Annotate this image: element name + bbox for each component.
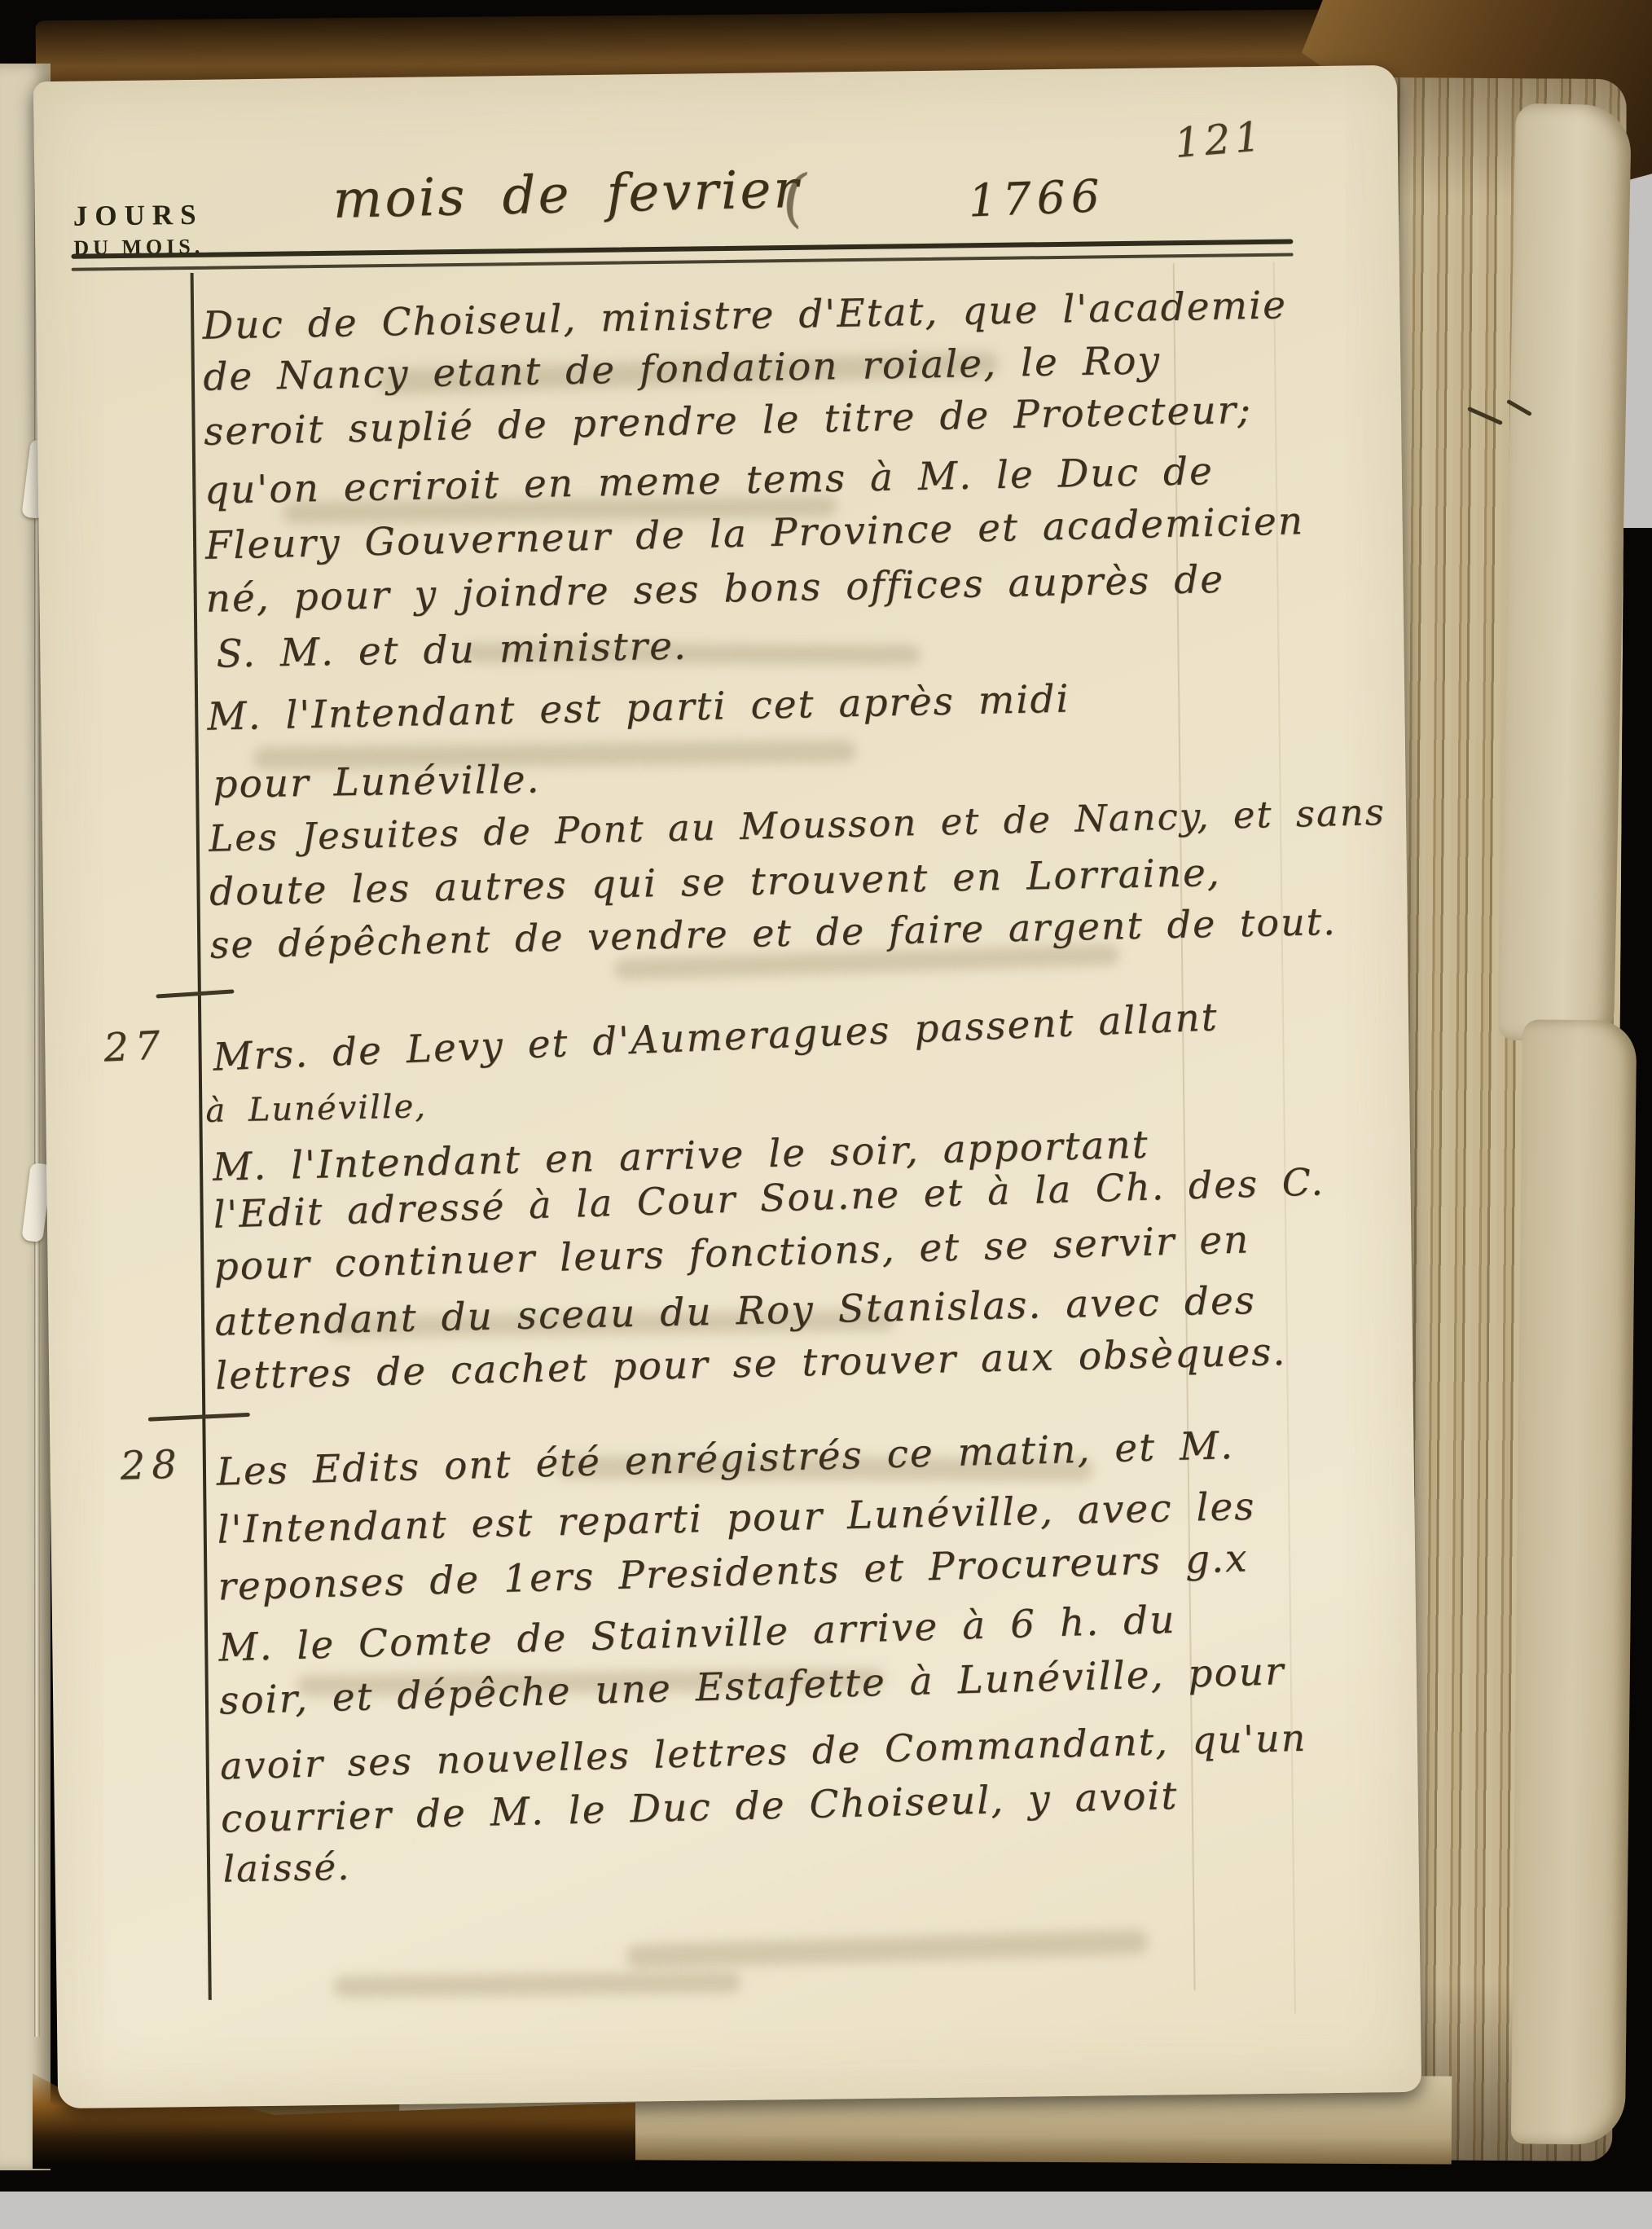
ink-bleedthrough bbox=[626, 1929, 1149, 1969]
manuscript-line: S. M. et du ministre. bbox=[216, 624, 688, 677]
manuscript-line: de Nancy etant de fondation roiale, le R… bbox=[203, 338, 1162, 400]
month-title: mois de fevrier bbox=[332, 160, 802, 231]
manuscript-line: Mrs. de Levy et d'Aumeragues passent all… bbox=[212, 995, 1219, 1080]
day-number-28: 28 bbox=[120, 1442, 184, 1489]
year: 1766 bbox=[968, 169, 1106, 226]
manuscript-line: seroit suplié de prendre le titre de Pro… bbox=[204, 388, 1253, 455]
curled-page-edge-lower bbox=[1511, 1019, 1637, 2144]
ink-bleedthrough bbox=[333, 1972, 740, 1998]
manuscript-page: JOURS DU MOIS. mois de fevrier ( 1766 12… bbox=[33, 65, 1421, 2108]
printed-header-jours: JOURS bbox=[73, 199, 204, 233]
scanned-book-photo: JOURS DU MOIS. mois de fevrier ( 1766 12… bbox=[0, 0, 1652, 2229]
manuscript-line: né, pour y joindre ses bons offices aupr… bbox=[205, 557, 1224, 622]
page-number: 121 bbox=[1173, 112, 1267, 167]
curled-page-edge-upper bbox=[1498, 103, 1632, 1043]
manuscript-line: Les Edits ont été enrégistrés ce matin, … bbox=[216, 1423, 1235, 1495]
manuscript-line: pour Lunéville. bbox=[213, 757, 541, 807]
day-separator-dash bbox=[148, 1413, 250, 1422]
scanner-background-bottom bbox=[0, 2192, 1652, 2229]
manuscript-line: à Lunéville, bbox=[205, 1088, 428, 1130]
day-number-27: 27 bbox=[103, 1022, 168, 1071]
day-separator-dash bbox=[156, 989, 234, 998]
manuscript-line: laissé. bbox=[222, 1845, 351, 1891]
manuscript-line: M. l'Intendant est parti cet après midi bbox=[207, 677, 1070, 740]
